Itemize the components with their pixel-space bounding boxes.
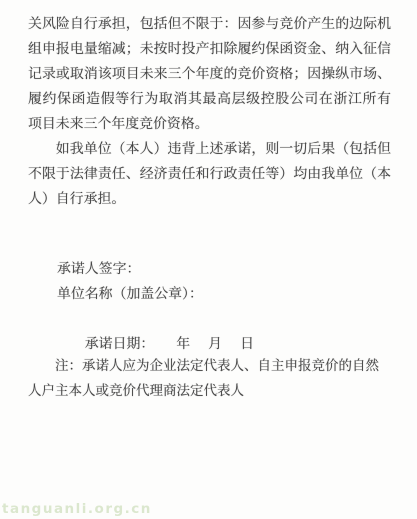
paragraph1-line-4: 履约保函造假等行为取消其最高层级控股公司在浙江所有 [28, 87, 391, 112]
date-year-label: 年 [176, 337, 190, 352]
note-line-2: 人户主本人或竞价代理商法定代表人 [28, 378, 391, 403]
note-paragraph: 注：承诺人应为企业法定代表人、自主申报竞价的自然 人户主本人或竞价代理商法定代表… [28, 353, 391, 403]
signature-block: 承诺人签字： 单位名称（加盖公章）： 承诺日期：年月日 [57, 257, 391, 332]
signer-signature-line: 承诺人签字： [57, 257, 391, 282]
note-line-1: 注：承诺人应为企业法定代表人、自主申报竞价的自然 [28, 353, 391, 378]
document-content: 关风险自行承担，包括但不限于：因参与竞价产生的边际机 组申报电量缩减；未按时投产… [28, 12, 391, 403]
paragraph1-line-2: 组申报电量缩减；未按时投产扣除履约保函资金、纳入征信 [28, 37, 391, 62]
date-month-label: 月 [208, 337, 222, 352]
watermark-text: tanguanli.org.cn [2, 501, 152, 517]
commitment-date-line: 承诺日期：年月日 [57, 307, 391, 332]
paragraph1-line-1: 关风险自行承担，包括但不限于：因参与竞价产生的边际机 [28, 12, 391, 37]
paragraph-breach-consequences: 如我单位（本人）违背上述承诺，则一切后果（包括但 不限于法律责任、经济责任和行政… [28, 137, 391, 212]
date-label: 承诺日期： [85, 337, 154, 352]
paragraph1-line-5: 项目未来三个年度竞价资格。 [28, 112, 391, 137]
paragraph1-line-3: 记录或取消该项目未来三个年度的竞价资格；因操纵市场、 [28, 62, 391, 87]
paragraph2-line-3: 人）自行承担。 [28, 187, 391, 212]
date-day-label: 日 [240, 337, 254, 352]
unit-name-line: 单位名称（加盖公章）： [57, 282, 391, 307]
paragraph2-line-2: 不限于法律责任、经济责任和行政责任等）均由我单位（本 [28, 162, 391, 187]
document-page: 关风险自行承担，包括但不限于：因参与竞价产生的边际机 组申报电量缩减；未按时投产… [0, 0, 417, 519]
paragraph-risk-liability: 关风险自行承担，包括但不限于：因参与竞价产生的边际机 组申报电量缩减；未按时投产… [28, 12, 391, 137]
paragraph2-line-1: 如我单位（本人）违背上述承诺，则一切后果（包括但 [28, 137, 391, 162]
